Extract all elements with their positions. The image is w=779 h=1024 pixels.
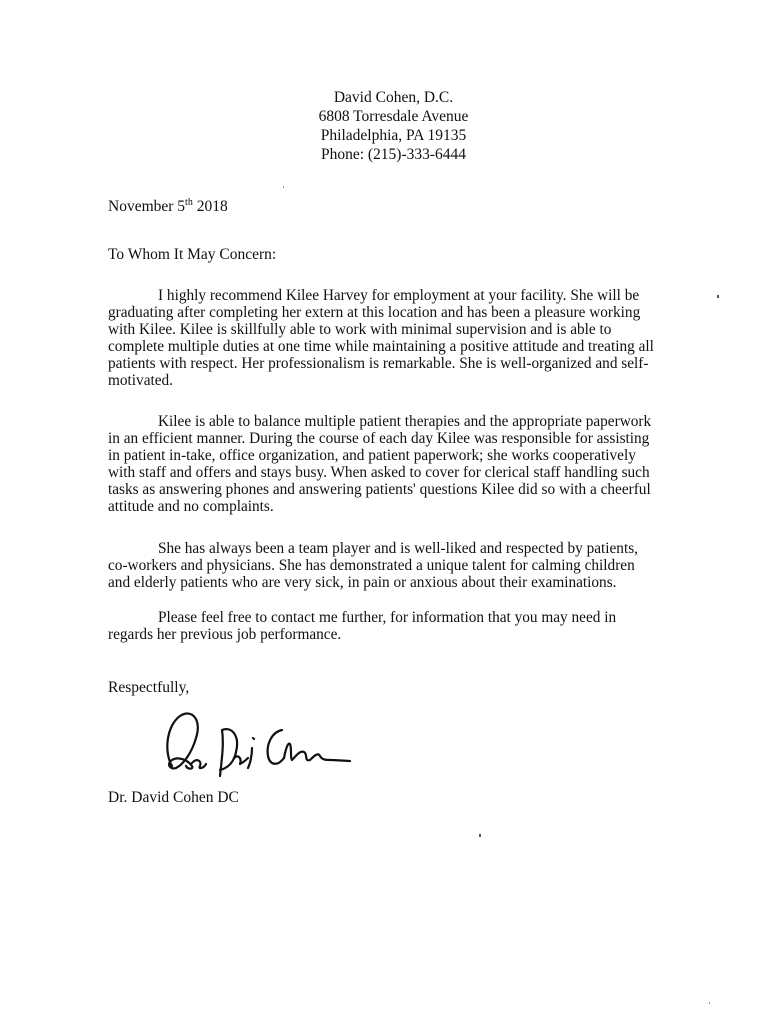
body-paragraph-1: I highly recommend Kilee Harvey for empl…: [108, 287, 656, 390]
date-year: 2018: [193, 198, 228, 215]
date-month-day: November 5: [108, 198, 185, 215]
letterhead-phone: Phone: (215)-333-6444: [8, 145, 779, 164]
signature-icon: [162, 708, 352, 778]
letterhead-street: 6808 Torresdale Avenue: [8, 107, 779, 126]
letterhead-name: David Cohen, D.C.: [8, 88, 779, 107]
salutation: To Whom It May Concern:: [108, 245, 276, 264]
letterhead-city: Philadelphia, PA 19135: [8, 126, 779, 145]
scan-speck: [709, 1002, 710, 1004]
signer-name: Dr. David Cohen DC: [108, 788, 239, 807]
scan-speck: [479, 834, 481, 837]
letter-page: David Cohen, D.C. 6808 Torresdale Avenue…: [0, 0, 779, 1024]
closing: Respectfully,: [108, 678, 189, 697]
body-paragraph-4: Please feel free to contact me further, …: [108, 609, 656, 643]
scan-speck: [283, 186, 284, 188]
scan-speck: [717, 295, 719, 298]
body-paragraph-3: She has always been a team player and is…: [108, 540, 656, 591]
letter-date: November 5th 2018: [108, 197, 228, 216]
letterhead: David Cohen, D.C. 6808 Torresdale Avenue…: [0, 88, 779, 164]
body-paragraph-2: Kilee is able to balance multiple patien…: [108, 413, 656, 516]
date-ordinal: th: [185, 197, 193, 208]
